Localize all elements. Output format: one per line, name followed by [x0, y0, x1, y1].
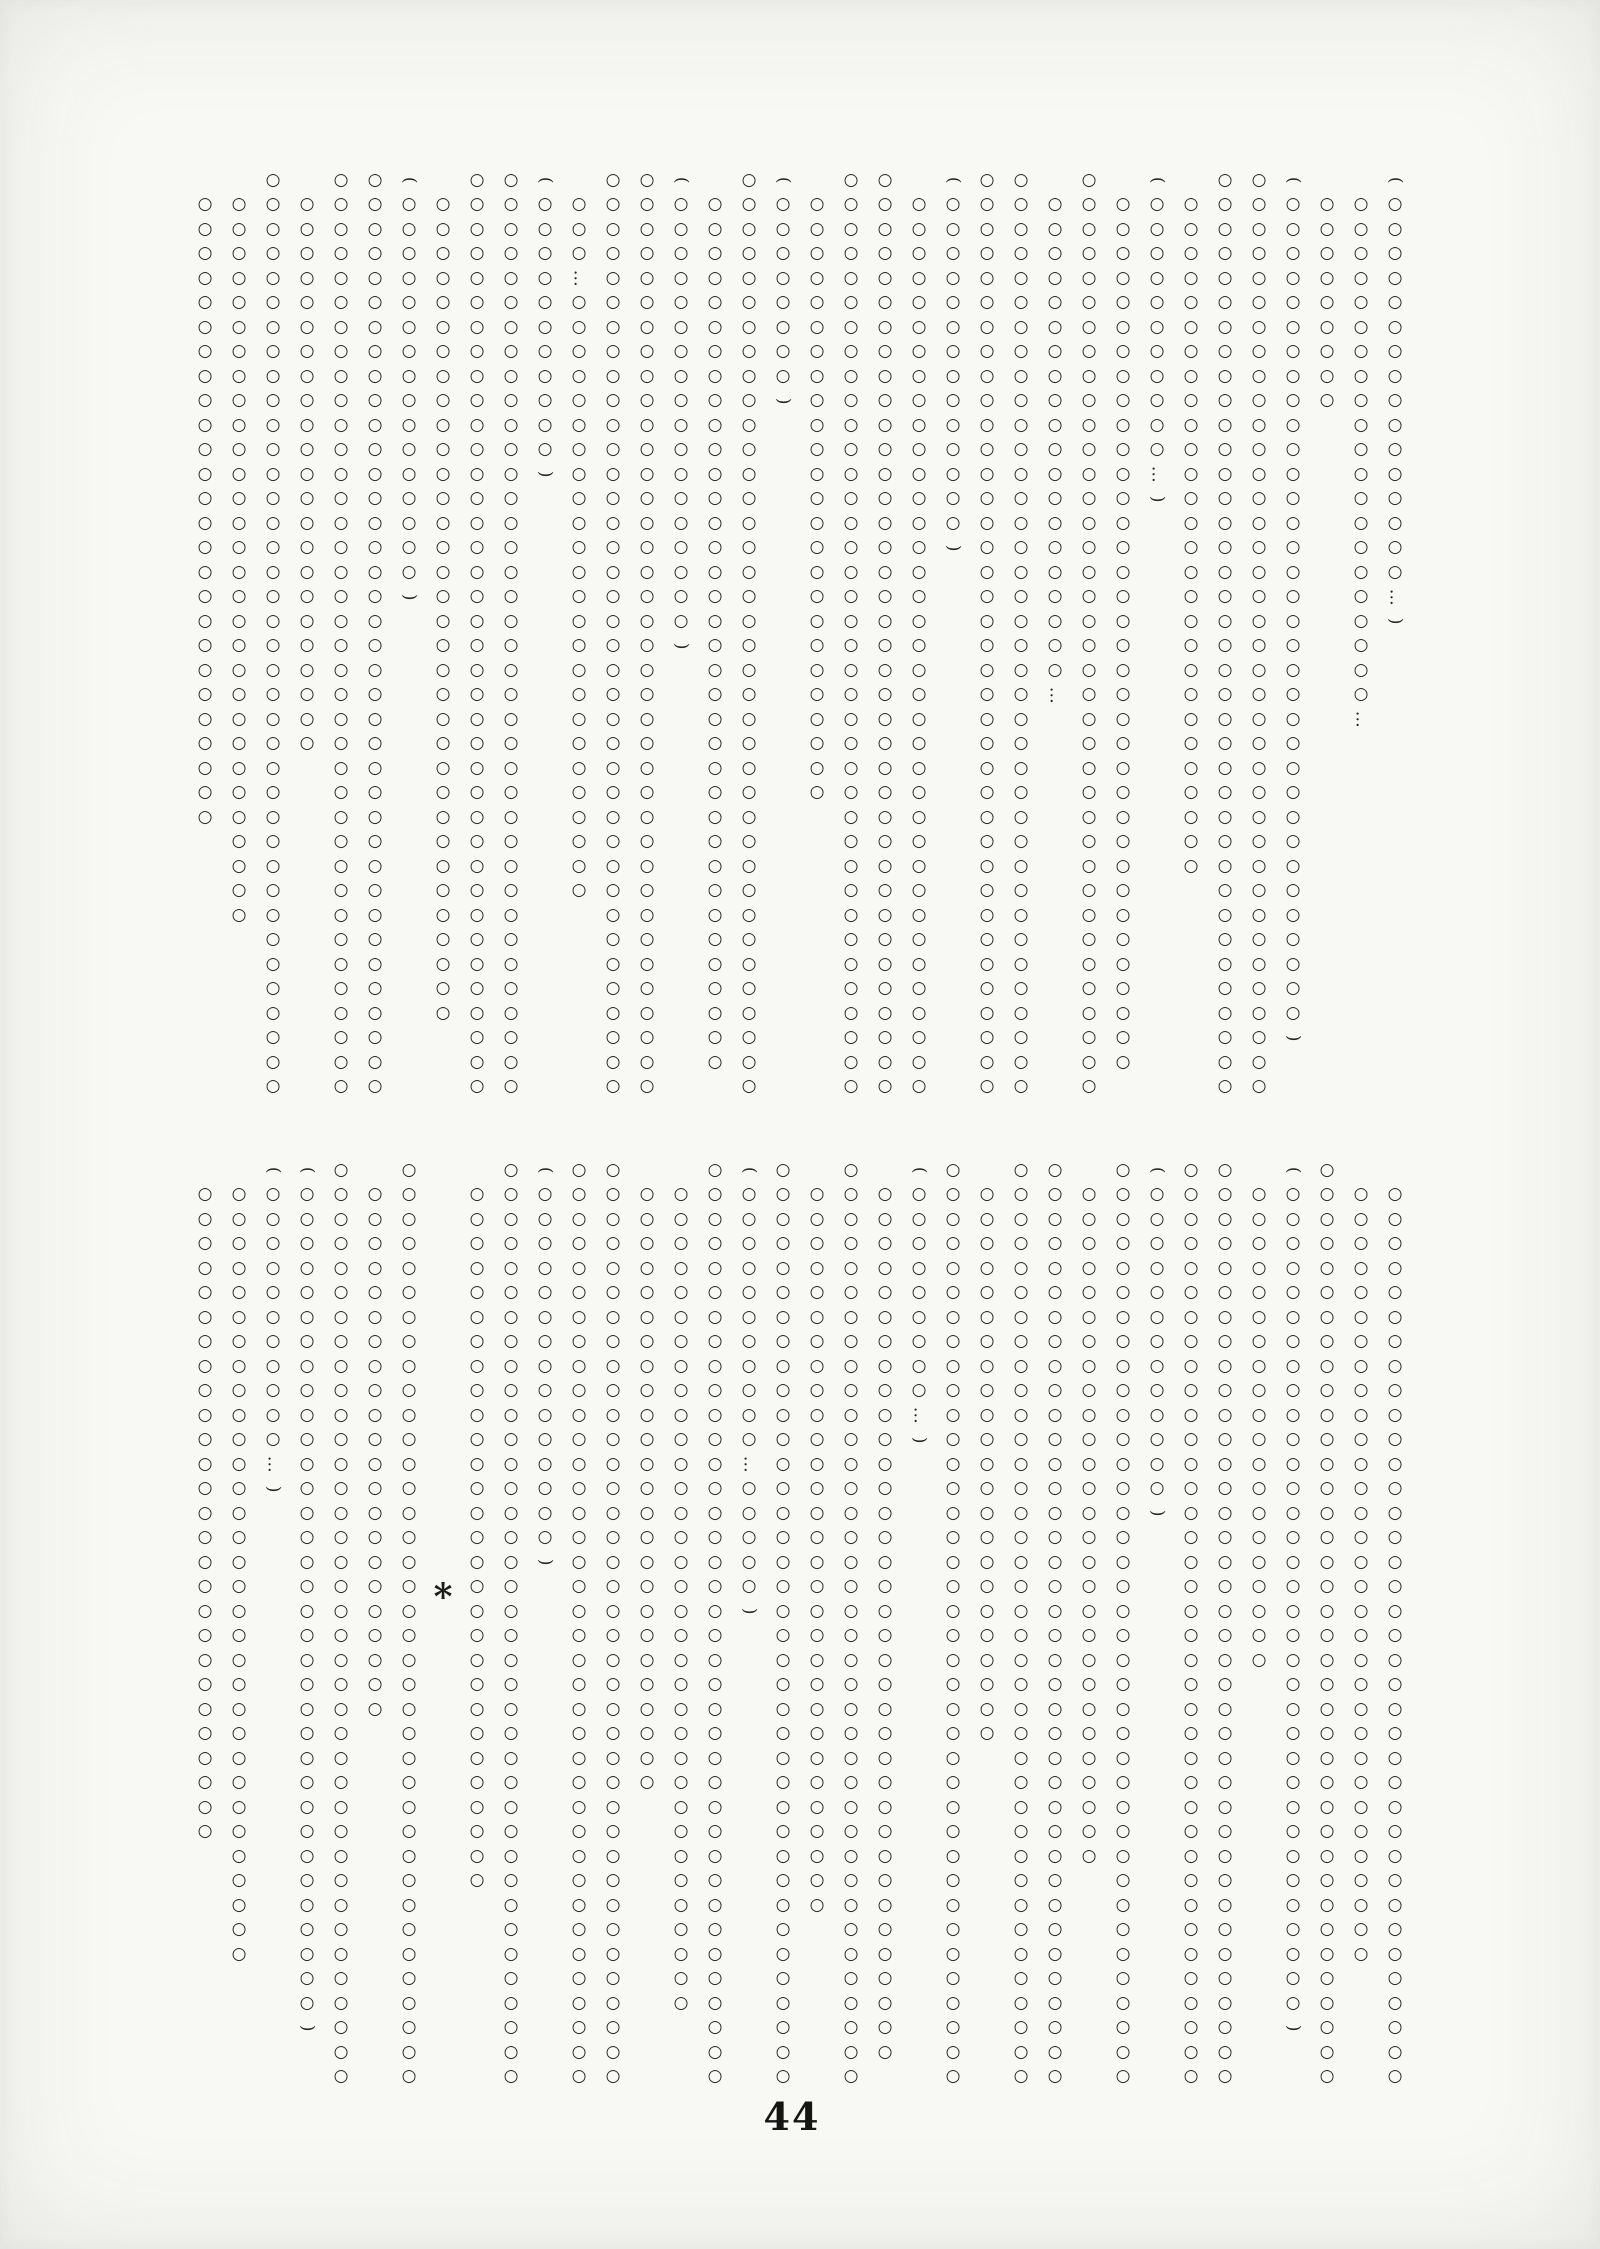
glyph: ○ [868, 1026, 902, 1051]
glyph: ○ [664, 1526, 698, 1551]
glyph: ○ [1344, 1305, 1378, 1330]
glyph: ○ [1344, 1795, 1378, 1820]
glyph: ○ [290, 217, 324, 242]
glyph: ○ [1378, 1305, 1412, 1330]
text-column: ○○○○○○○○○○○○○○○○○○○○○○○○○○○○○○○○○○○○○○ [392, 1158, 426, 2089]
glyph: ○ [1174, 1967, 1208, 1992]
glyph: ○ [1038, 2065, 1072, 2090]
glyph: ) [1281, 2011, 1306, 2045]
glyph: ○ [392, 1330, 426, 1355]
glyph: ○ [392, 315, 426, 340]
glyph: ○ [1038, 1795, 1072, 1820]
glyph: ○ [290, 1624, 324, 1649]
glyph: ○ [324, 266, 358, 291]
glyph: ○ [1174, 1697, 1208, 1722]
glyph: ○ [732, 413, 766, 438]
glyph: ○ [426, 217, 460, 242]
glyph: ○ [766, 1820, 800, 1845]
glyph: ○ [426, 585, 460, 610]
glyph: ○ [1344, 1697, 1378, 1722]
glyph: ○ [188, 1648, 222, 1673]
glyph: ○ [732, 1330, 766, 1355]
glyph: ○ [358, 266, 392, 291]
glyph: ○ [800, 1207, 834, 1232]
glyph: ○ [494, 1232, 528, 1257]
glyph: ○ [188, 1820, 222, 1845]
glyph: ○ [732, 1379, 766, 1404]
glyph: ○ [392, 1428, 426, 1453]
glyph: ○ [392, 1918, 426, 1943]
text-column: (○○○○○○○○○○○○○) [1140, 1158, 1174, 1526]
glyph: ○ [1276, 1232, 1310, 1257]
glyph: ○ [1242, 1477, 1276, 1502]
glyph: ○ [868, 928, 902, 953]
glyph: ○ [358, 585, 392, 610]
glyph: ○ [800, 413, 834, 438]
glyph: ○ [1378, 1648, 1412, 1673]
glyph: ○ [1174, 364, 1208, 389]
glyph: ○ [494, 952, 528, 977]
glyph: ○ [664, 1256, 698, 1281]
glyph: ○ [936, 1379, 970, 1404]
glyph: ○ [834, 1001, 868, 1026]
glyph: ○ [1106, 1403, 1140, 1428]
glyph: ○ [1174, 2016, 1208, 2041]
glyph: ○ [188, 1354, 222, 1379]
glyph: ○ [800, 1771, 834, 1796]
glyph: ○ [1208, 1795, 1242, 1820]
glyph: ○ [358, 977, 392, 1002]
glyph: ○ [596, 536, 630, 561]
glyph: ○ [222, 1771, 256, 1796]
glyph: ○ [290, 1379, 324, 1404]
glyph: ○ [1276, 1844, 1310, 1869]
glyph: ○ [630, 462, 664, 487]
glyph: ○ [800, 340, 834, 365]
glyph: ○ [1208, 364, 1242, 389]
glyph: ○ [562, 1477, 596, 1502]
glyph: ○ [1276, 217, 1310, 242]
glyph: ○ [358, 1526, 392, 1551]
glyph: ○ [188, 1795, 222, 1820]
glyph: ○ [562, 1305, 596, 1330]
glyph: ○ [256, 291, 290, 316]
glyph: ○ [800, 609, 834, 634]
glyph: ○ [188, 1624, 222, 1649]
glyph: ○ [562, 1550, 596, 1575]
glyph: ○ [562, 1648, 596, 1673]
glyph: ○ [1072, 487, 1106, 512]
glyph: ○ [1140, 1403, 1174, 1428]
glyph: ○ [324, 2040, 358, 2065]
glyph: ○ [834, 1795, 868, 1820]
glyph: ○ [902, 438, 936, 463]
glyph: ○ [358, 1477, 392, 1502]
glyph: ( [907, 1153, 932, 1187]
glyph: ○ [290, 1599, 324, 1624]
glyph: ○ [664, 1795, 698, 1820]
glyph: ○ [324, 1722, 358, 1747]
glyph: ○ [970, 1501, 1004, 1526]
glyph: ○ [460, 462, 494, 487]
glyph: ○ [732, 707, 766, 732]
glyph: ○ [1242, 389, 1276, 414]
glyph: ○ [426, 977, 460, 1002]
glyph: ○ [1208, 315, 1242, 340]
glyph: ○ [732, 340, 766, 365]
glyph: ○ [528, 266, 562, 291]
glyph: ○ [256, 413, 290, 438]
glyph: ○ [562, 1575, 596, 1600]
glyph: ○ [460, 487, 494, 512]
glyph: ○ [1276, 291, 1310, 316]
glyph: ○ [596, 2065, 630, 2090]
glyph: ○ [1072, 732, 1106, 757]
glyph: ○ [664, 1918, 698, 1943]
glyph: ○ [460, 1232, 494, 1257]
glyph: ○ [834, 560, 868, 585]
glyph: ○ [1106, 683, 1140, 708]
glyph: ○ [970, 805, 1004, 830]
glyph: ○ [1378, 1501, 1412, 1526]
glyph: ○ [834, 2016, 868, 2041]
glyph: ○ [290, 364, 324, 389]
glyph: ○ [1174, 830, 1208, 855]
glyph: ○ [936, 1942, 970, 1967]
glyph: ○ [936, 1575, 970, 1600]
glyph: ○ [970, 756, 1004, 781]
glyph: ○ [494, 1428, 528, 1453]
glyph: ○ [562, 585, 596, 610]
glyph: ○ [324, 805, 358, 830]
glyph: ○ [528, 1330, 562, 1355]
text-column: ○○○○○○○○○○○○○○○○○○○○○○ [358, 1158, 392, 1722]
glyph: ○ [494, 830, 528, 855]
glyph: ○ [630, 854, 664, 879]
glyph: ○ [732, 511, 766, 536]
glyph: ○ [460, 1305, 494, 1330]
glyph: ○ [1038, 1207, 1072, 1232]
glyph: ○ [902, 1001, 936, 1026]
glyph: ○ [800, 1648, 834, 1673]
glyph: ○ [1344, 1550, 1378, 1575]
glyph: ○ [698, 2016, 732, 2041]
glyph: ○ [664, 1599, 698, 1624]
glyph: ○ [630, 1379, 664, 1404]
glyph: ○ [1276, 1918, 1310, 1943]
glyph: ○ [222, 879, 256, 904]
glyph: ○ [426, 879, 460, 904]
glyph: ○ [324, 291, 358, 316]
glyph: ○ [1004, 1648, 1038, 1673]
glyph: ○ [1242, 1501, 1276, 1526]
glyph: ○ [698, 732, 732, 757]
glyph: ○ [1208, 1501, 1242, 1526]
glyph: ○ [834, 1991, 868, 2016]
glyph: ○ [1344, 438, 1378, 463]
glyph: ○ [392, 1305, 426, 1330]
glyph: ○ [630, 1648, 664, 1673]
glyph: ○ [188, 1550, 222, 1575]
glyph: ○ [1106, 1526, 1140, 1551]
glyph: ○ [970, 1550, 1004, 1575]
glyph: ○ [970, 1330, 1004, 1355]
glyph: ○ [426, 511, 460, 536]
glyph: ○ [324, 732, 358, 757]
glyph: ○ [426, 658, 460, 683]
glyph: ○ [222, 536, 256, 561]
glyph: ○ [392, 1893, 426, 1918]
glyph: ○ [256, 1403, 290, 1428]
glyph: ○ [562, 634, 596, 659]
glyph: ○ [1208, 389, 1242, 414]
glyph: ○ [732, 1305, 766, 1330]
glyph: ○ [324, 1026, 358, 1051]
glyph: ○ [1072, 1501, 1106, 1526]
glyph: ○ [1242, 1379, 1276, 1404]
glyph: ○ [1038, 217, 1072, 242]
glyph: ○ [936, 1991, 970, 2016]
glyph: ○ [1344, 340, 1378, 365]
glyph: ○ [256, 1281, 290, 1306]
glyph: ○ [494, 805, 528, 830]
glyph: ○ [324, 1624, 358, 1649]
glyph: ○ [902, 389, 936, 414]
glyph: ○ [834, 1624, 868, 1649]
glyph: ○ [630, 315, 664, 340]
glyph: ○ [1072, 781, 1106, 806]
glyph: ○ [630, 805, 664, 830]
text-column: ○○○○○○○○○○○○○○○○○○○○○○○○○○ [188, 168, 222, 830]
glyph: ○ [1072, 1771, 1106, 1796]
glyph: ○ [902, 683, 936, 708]
glyph: ○ [494, 1452, 528, 1477]
glyph: ○ [1106, 1918, 1140, 1943]
glyph: ○ [494, 1844, 528, 1869]
glyph: ○ [256, 266, 290, 291]
glyph: ○ [970, 1673, 1004, 1698]
glyph: ○ [902, 266, 936, 291]
glyph: ○ [902, 928, 936, 953]
glyph: ○ [188, 805, 222, 830]
glyph: ○ [1106, 585, 1140, 610]
glyph: ○ [324, 585, 358, 610]
glyph: ○ [766, 1550, 800, 1575]
glyph: ○ [494, 1001, 528, 1026]
glyph: ○ [834, 1452, 868, 1477]
glyph: ○ [936, 1501, 970, 1526]
glyph: ○ [698, 830, 732, 855]
glyph: ○ [664, 1869, 698, 1894]
glyph: ○ [1208, 977, 1242, 1002]
glyph: ○ [460, 1477, 494, 1502]
glyph: ○ [664, 1281, 698, 1306]
glyph: ○ [1310, 1354, 1344, 1379]
glyph: ○ [324, 511, 358, 536]
glyph: ○ [834, 413, 868, 438]
glyph: ○ [1208, 879, 1242, 904]
glyph: ○ [1208, 1026, 1242, 1051]
glyph: ○ [596, 1526, 630, 1551]
glyph: ○ [188, 242, 222, 267]
glyph: ○ [664, 1648, 698, 1673]
glyph: ○ [1072, 266, 1106, 291]
glyph: ○ [1378, 1599, 1412, 1624]
glyph: ○ [970, 1075, 1004, 1100]
glyph: ○ [392, 2040, 426, 2065]
glyph: ○ [596, 585, 630, 610]
glyph: ○ [630, 193, 664, 218]
glyph: ○ [630, 830, 664, 855]
glyph: ○ [562, 830, 596, 855]
glyph: ○ [1106, 389, 1140, 414]
glyph: ○ [834, 1403, 868, 1428]
glyph: ○ [868, 1477, 902, 1502]
glyph: ○ [1344, 1477, 1378, 1502]
glyph: ○ [1276, 1477, 1310, 1502]
glyph: ○ [290, 1354, 324, 1379]
glyph: ○ [868, 511, 902, 536]
glyph: ○ [562, 315, 596, 340]
glyph: ○ [358, 1232, 392, 1257]
glyph: ○ [494, 1869, 528, 1894]
glyph: ○ [1242, 707, 1276, 732]
glyph: ○ [1038, 1624, 1072, 1649]
glyph: ○ [1004, 1001, 1038, 1026]
glyph: ○ [222, 585, 256, 610]
glyph: ○ [596, 1869, 630, 1894]
glyph: ○ [800, 1232, 834, 1257]
glyph: ○ [1004, 1026, 1038, 1051]
glyph: ( [737, 1153, 762, 1187]
glyph: ○ [324, 609, 358, 634]
glyph: ○ [1038, 438, 1072, 463]
glyph: ○ [392, 1697, 426, 1722]
glyph: ○ [630, 1001, 664, 1026]
glyph: ○ [1310, 1330, 1344, 1355]
glyph: ○ [1072, 438, 1106, 463]
glyph: ○ [392, 1771, 426, 1796]
glyph: ○ [868, 879, 902, 904]
glyph: ○ [324, 1648, 358, 1673]
glyph: ○ [494, 1599, 528, 1624]
glyph: ○ [494, 1281, 528, 1306]
glyph: ○ [324, 1183, 358, 1208]
glyph: ○ [324, 364, 358, 389]
glyph: ○ [936, 1403, 970, 1428]
glyph: ○ [1208, 1599, 1242, 1624]
glyph: ○ [1072, 1624, 1106, 1649]
glyph: ○ [834, 364, 868, 389]
glyph: ○ [1276, 1673, 1310, 1698]
glyph: ○ [1344, 1624, 1378, 1649]
glyph: ○ [1072, 683, 1106, 708]
glyph: ○ [1310, 1452, 1344, 1477]
glyph: ○ [222, 242, 256, 267]
glyph: ○ [1004, 609, 1038, 634]
text-column: ○○○…○○○○○○○○○○○○○○○○○○○○○○○○○ [562, 168, 596, 903]
glyph: ○ [358, 928, 392, 953]
glyph: ○ [256, 438, 290, 463]
glyph: ○ [970, 168, 1004, 193]
glyph: ) [261, 1472, 286, 1506]
glyph: ○ [358, 1575, 392, 1600]
glyph: ○ [936, 340, 970, 365]
glyph: ○ [324, 1844, 358, 1869]
glyph: ○ [970, 217, 1004, 242]
glyph: ○ [868, 977, 902, 1002]
glyph: ○ [494, 609, 528, 634]
glyph: ○ [732, 1232, 766, 1257]
glyph: ○ [222, 781, 256, 806]
glyph: ○ [1072, 1075, 1106, 1100]
glyph: ○ [902, 1050, 936, 1075]
glyph: ○ [800, 732, 834, 757]
glyph: ○ [1038, 1305, 1072, 1330]
glyph: ○ [1038, 1428, 1072, 1453]
glyph: ○ [1004, 462, 1038, 487]
glyph: ○ [1140, 1452, 1174, 1477]
glyph: ○ [1140, 291, 1174, 316]
glyph: ○ [256, 217, 290, 242]
glyph: ) [533, 457, 558, 491]
glyph: ○ [936, 1795, 970, 1820]
glyph: ○ [766, 1869, 800, 1894]
glyph: ○ [1242, 854, 1276, 879]
glyph: ○ [1174, 413, 1208, 438]
glyph: ○ [834, 1281, 868, 1306]
glyph: ○ [188, 781, 222, 806]
glyph: ○ [698, 242, 732, 267]
glyph: ○ [1106, 1305, 1140, 1330]
glyph: ○ [664, 1452, 698, 1477]
glyph: ○ [902, 634, 936, 659]
glyph: ○ [1208, 1942, 1242, 1967]
glyph: ○ [324, 683, 358, 708]
glyph: ○ [324, 536, 358, 561]
glyph: ○ [324, 952, 358, 977]
glyph: ○ [902, 1305, 936, 1330]
glyph: ○ [1004, 928, 1038, 953]
glyph: ○ [1208, 1207, 1242, 1232]
text-column: (○○○○○○○○○○○○○○○○○○○○○○○○○○○○○○○○○○) [290, 1158, 324, 2040]
glyph: ○ [562, 732, 596, 757]
glyph: ○ [970, 1722, 1004, 1747]
glyph: ○ [1174, 560, 1208, 585]
glyph: ○ [222, 756, 256, 781]
glyph: ○ [1276, 536, 1310, 561]
glyph: ○ [494, 1550, 528, 1575]
text-column: ○○○○○○○○○○○○○○○○○○○○○○○○○○○○○○○○○○○○○○ [596, 1158, 630, 2089]
glyph: ○ [1378, 1722, 1412, 1747]
glyph: ○ [1276, 928, 1310, 953]
glyph: ○ [562, 1795, 596, 1820]
glyph: ○ [562, 1232, 596, 1257]
glyph: ○ [562, 1158, 596, 1183]
text-column: ○○○○○○○○○○○○○○○○○○○○○○○○○○○○○○○○○○○○○○ [1242, 168, 1276, 1099]
glyph: ○ [902, 242, 936, 267]
glyph: ○ [1140, 1256, 1174, 1281]
glyph: ○ [698, 1967, 732, 1992]
glyph: ○ [460, 1795, 494, 1820]
glyph: ○ [188, 1575, 222, 1600]
glyph: ○ [222, 266, 256, 291]
glyph: ○ [494, 634, 528, 659]
text-column: ○○○○○○○○○○○○○○○○○○○○○○○○○○○○○○○○○○○○ [1106, 168, 1140, 1075]
glyph: ) [295, 2011, 320, 2045]
glyph: ○ [664, 1207, 698, 1232]
glyph: ○ [1072, 1599, 1106, 1624]
